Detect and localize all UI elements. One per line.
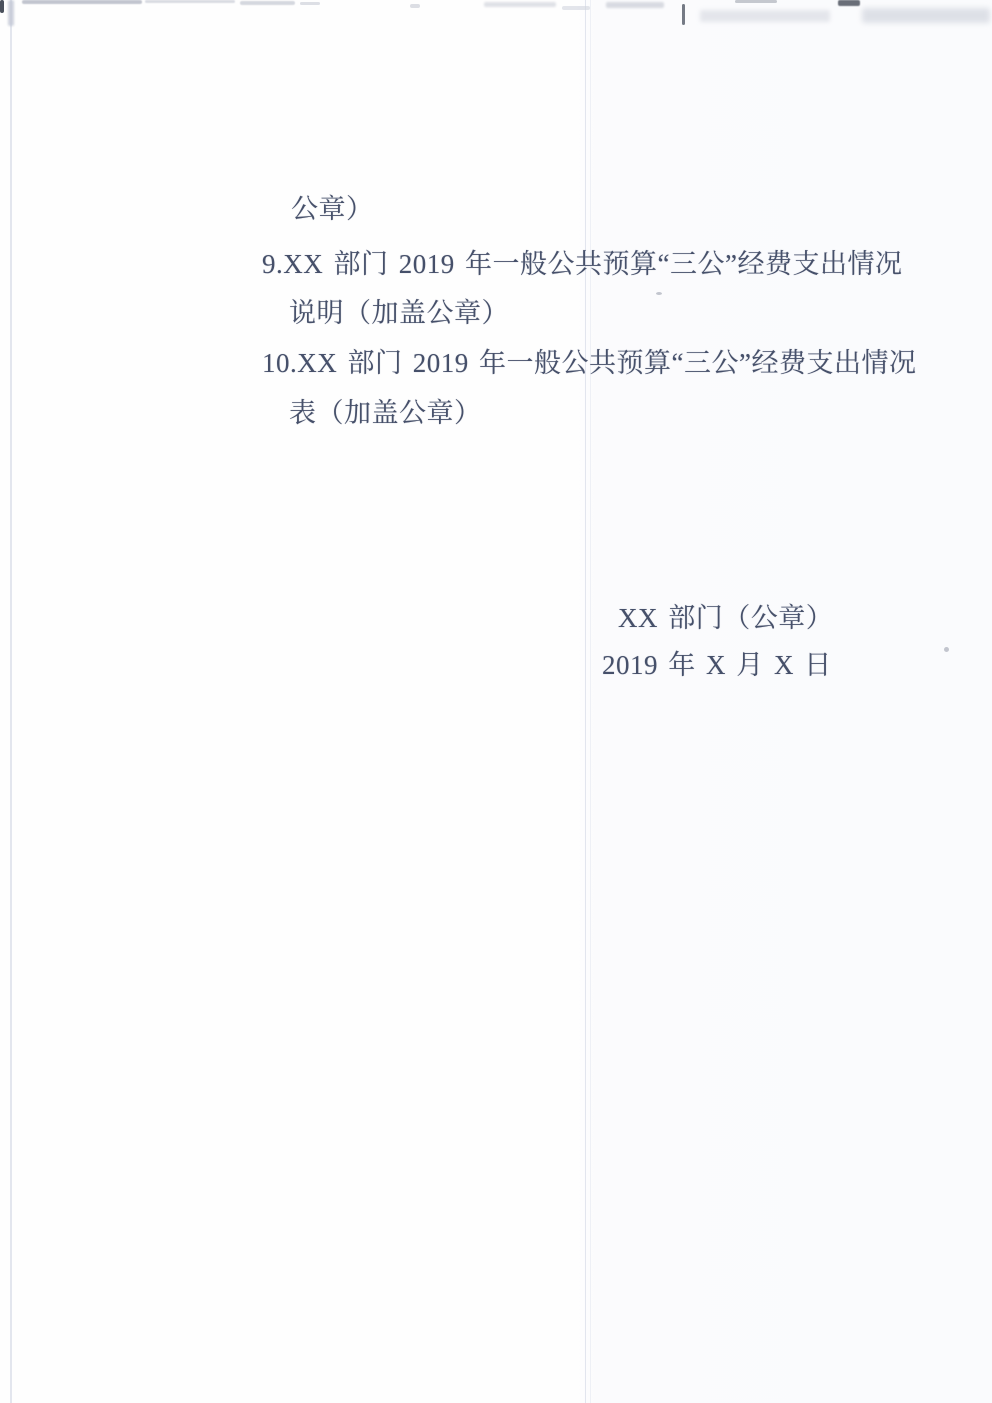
scan-noise-top-2 <box>145 0 235 3</box>
scan-noise-top-3 <box>240 1 295 5</box>
list-item-9-line-1: 9.XX 部门 2019 年一般公共预算“三公”经费支出情况 <box>262 247 902 281</box>
scan-noise-top-4 <box>300 2 320 5</box>
scan-noise-top-5 <box>410 4 420 8</box>
scan-noise-top-left-corner <box>0 0 4 13</box>
scan-speck-1 <box>656 292 662 295</box>
scan-noise-tick <box>682 4 685 25</box>
carryover-line: 公章） <box>291 192 374 226</box>
scanned-document-page: 公章） 9.XX 部门 2019 年一般公共预算“三公”经费支出情况 说明（加盖… <box>0 0 992 1403</box>
page-left-edge-line <box>10 0 12 1403</box>
scan-noise-top-6 <box>484 2 556 7</box>
signature-org: XX 部门（公章） <box>618 601 833 635</box>
scan-noise-top-10 <box>735 0 777 3</box>
scan-noise-top-1 <box>22 0 142 4</box>
scan-noise-top-7 <box>562 6 590 10</box>
list-item-10-line-2: 表（加盖公章） <box>289 396 482 430</box>
scan-noise-top-11 <box>838 0 860 6</box>
signature-date: 2019 年 X 月 X 日 <box>602 648 832 682</box>
scan-noise-top-8 <box>606 2 664 8</box>
list-item-10-line-1: 10.XX 部门 2019 年一般公共预算“三公”经费支出情况 <box>262 346 916 380</box>
scan-noise-top-12 <box>862 8 990 23</box>
scan-fold-line-ghost <box>590 0 591 1403</box>
scan-speck-2 <box>944 647 949 652</box>
scan-noise-left-streak <box>8 0 14 26</box>
list-item-9-line-2: 说明（加盖公章） <box>289 296 509 330</box>
scan-fold-line <box>585 0 586 1403</box>
scan-noise-top-9 <box>700 10 830 22</box>
